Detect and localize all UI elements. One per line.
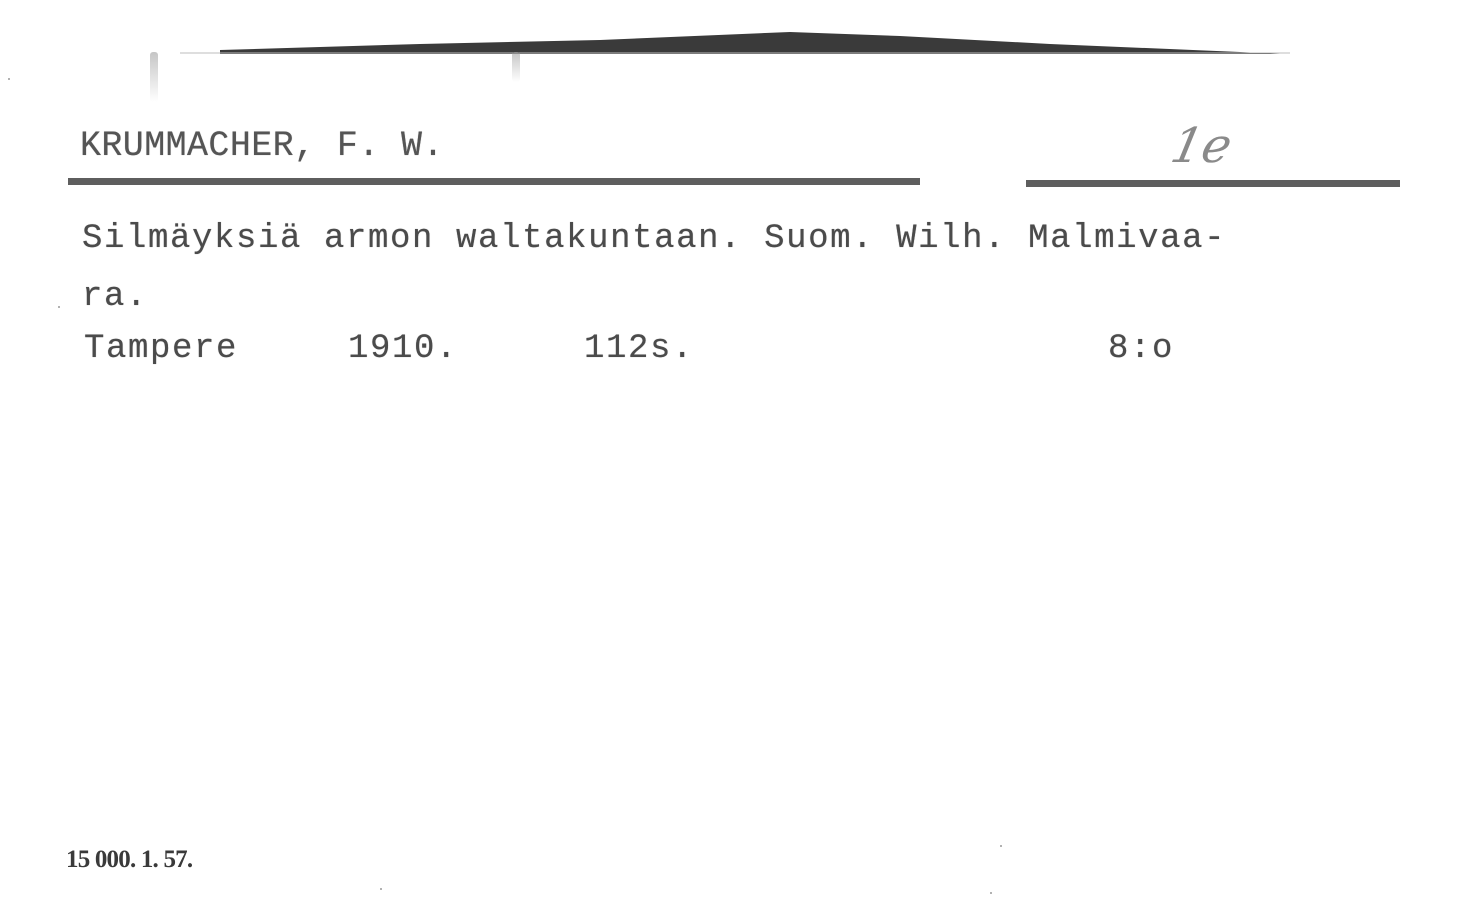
shelfmark-handwritten: 1e [1166, 118, 1237, 174]
paper-speck [1000, 845, 1002, 847]
paper-speck [990, 892, 992, 894]
imprint-year: 1910. [348, 330, 458, 368]
title-line: Silmäyksiä armon waltakuntaan. Suom. Wil… [82, 220, 1226, 258]
imprint-place: Tampere [84, 330, 238, 368]
heading-underline [68, 178, 920, 185]
paper-speck [380, 888, 382, 890]
author-heading: KRUMMACHER, F. W. [80, 126, 444, 166]
shelfmark-underline [1026, 180, 1400, 187]
scan-artifact [512, 52, 520, 82]
title-line: ra. [82, 278, 148, 316]
card-top-edge-shadow [0, 0, 1467, 60]
paper-speck [8, 78, 10, 80]
catalog-card: KRUMMACHER, F. W. 1e Silmäyksiä armon wa… [0, 0, 1467, 915]
scan-artifact [150, 52, 158, 102]
paper-speck [58, 306, 60, 308]
card-print-code: 15 000. 1. 57. [66, 846, 192, 874]
imprint-pages: 112s. [584, 330, 694, 368]
imprint-format: 8:o [1108, 330, 1174, 368]
